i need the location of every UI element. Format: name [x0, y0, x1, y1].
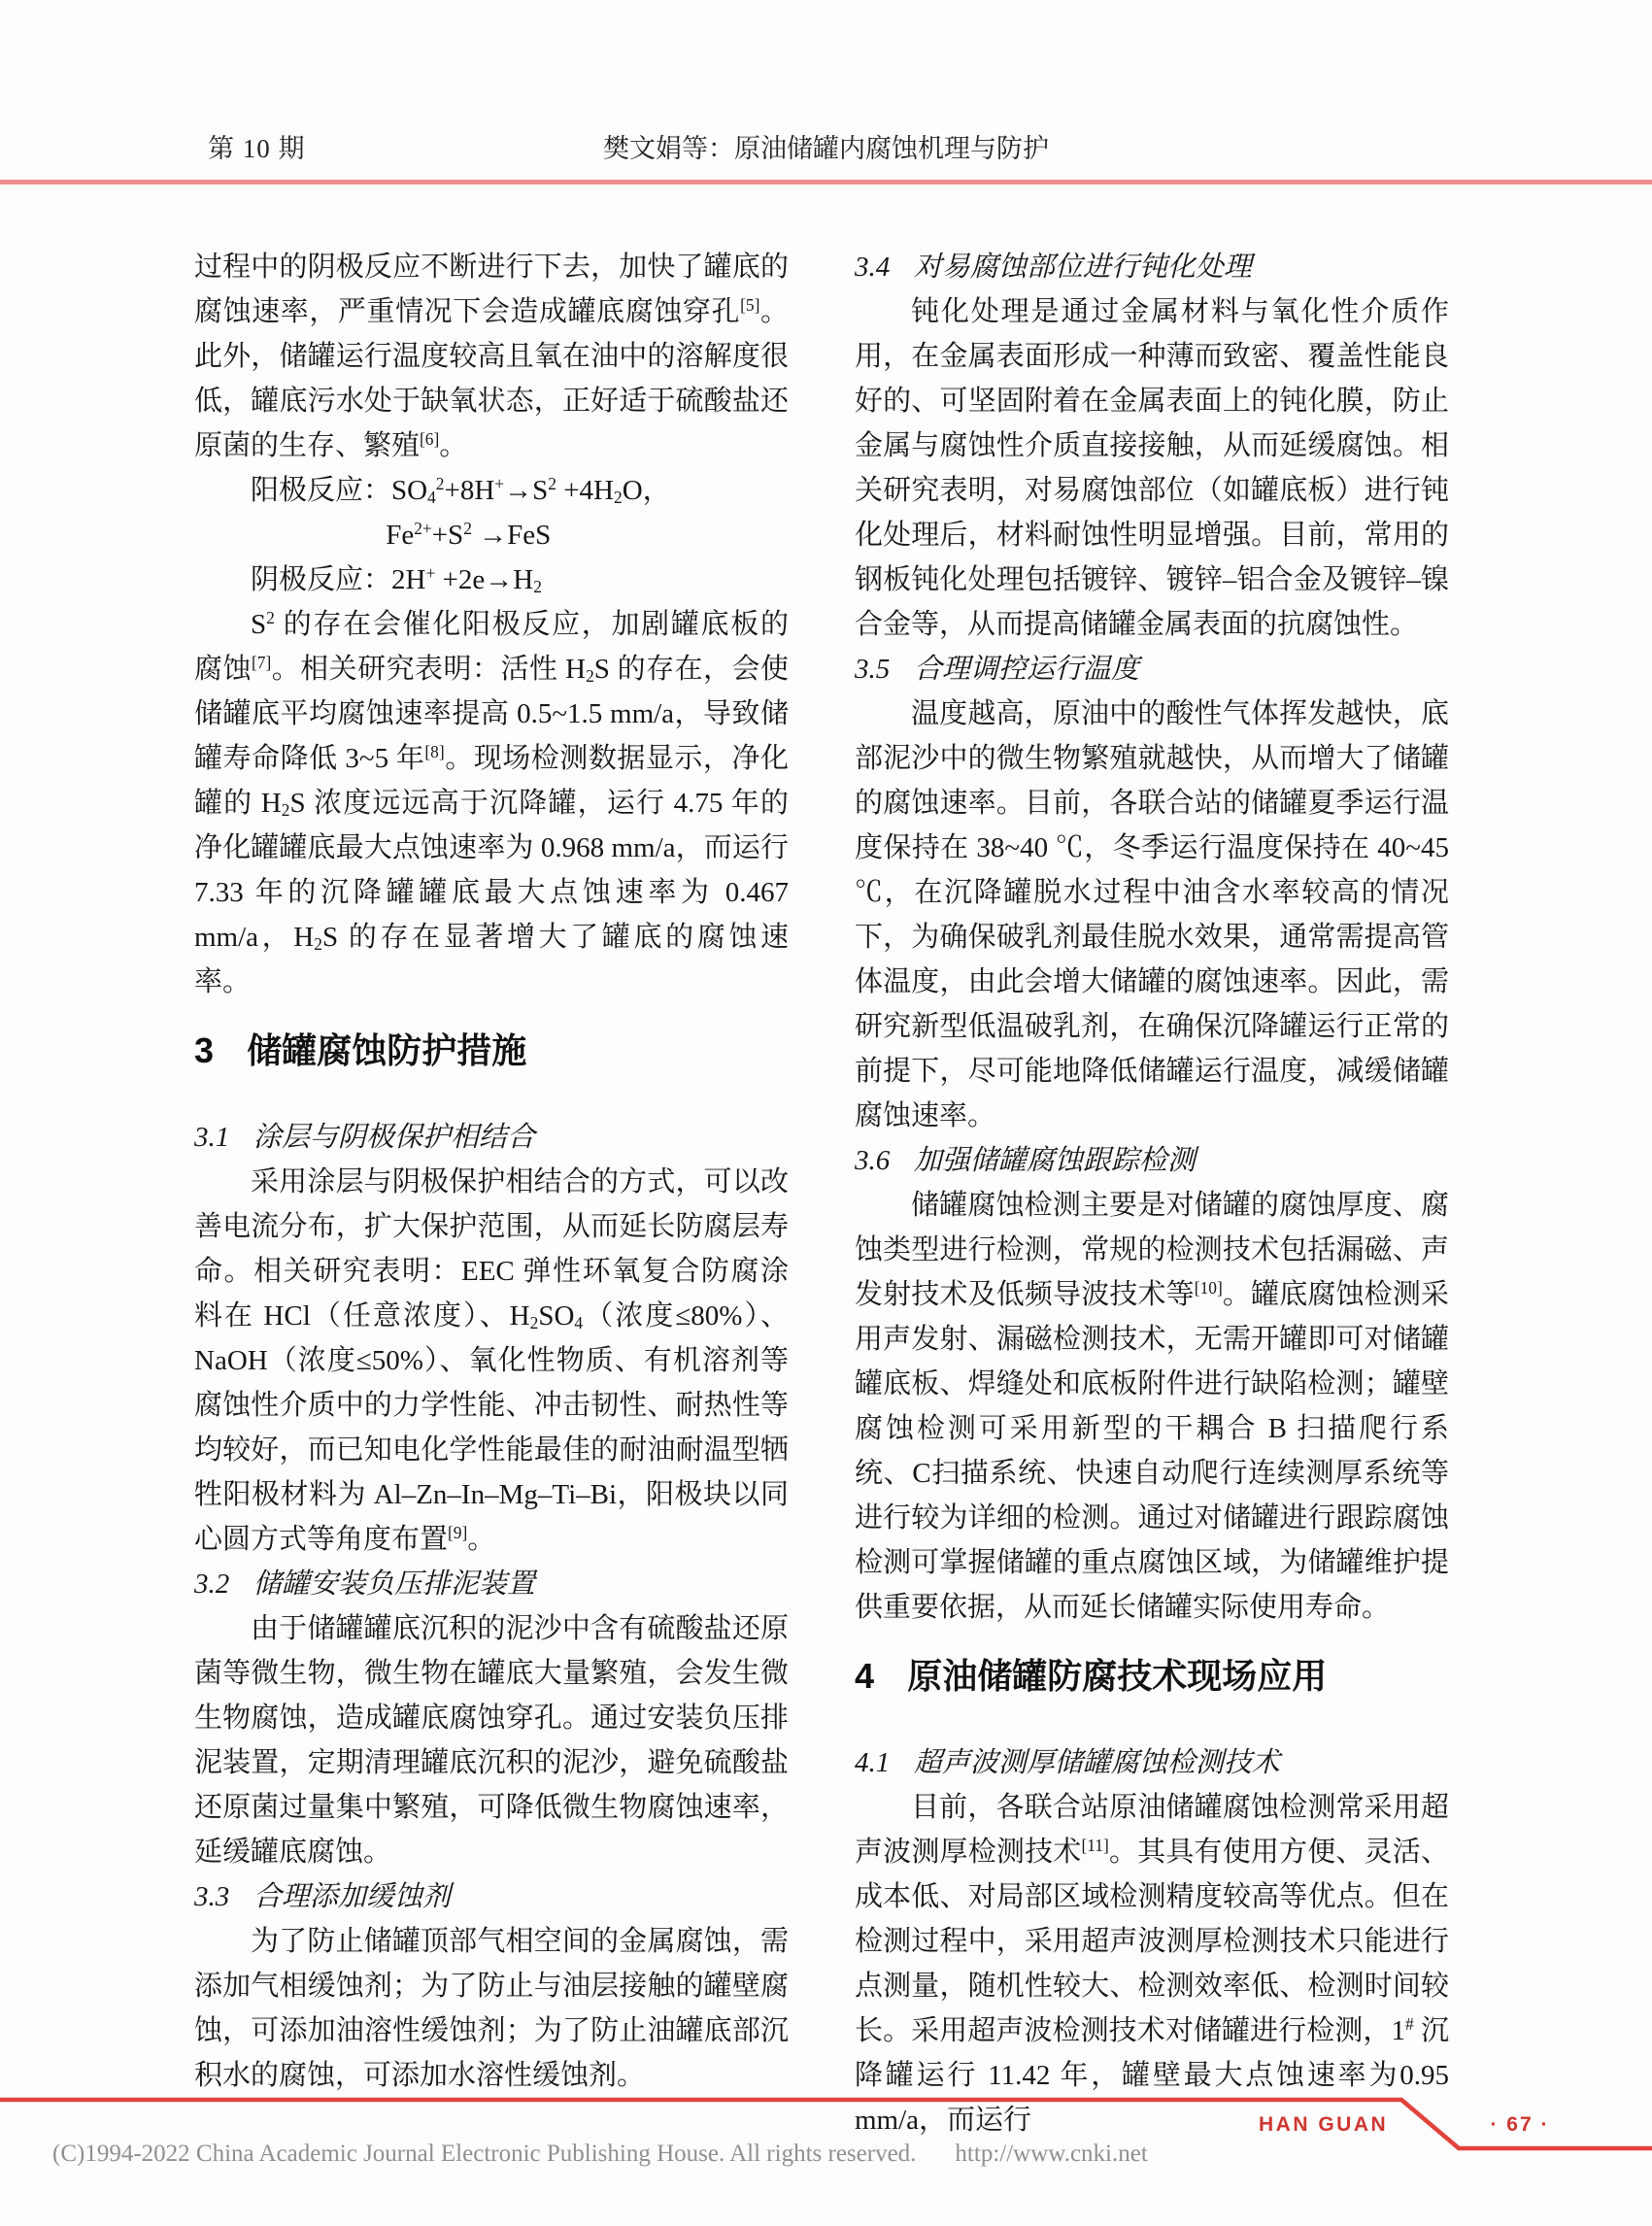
paragraph-intro: 过程中的阴极反应不断进行下去，加快了罐底的腐蚀速率，严重情况下会造成罐底腐蚀穿孔… — [194, 245, 789, 468]
running-title: 樊文娟等：原油储罐内腐蚀机理与防护 — [0, 127, 1652, 165]
formula-fes: Fe2++S2 →FeS — [194, 513, 789, 557]
subsection-number: 4.1 — [855, 1747, 890, 1778]
header-rule — [0, 180, 1652, 185]
section-number: 3 — [194, 1030, 214, 1070]
formula-anode-reaction: 阳极反应：SO42+8H+→S2 +4H2O， — [194, 468, 789, 513]
paragraph-h2s: S2 的存在会催化阳极反应，加剧罐底板的腐蚀[7]。相关研究表明：活性 H2S … — [194, 602, 789, 1004]
subsection-title: 储罐安装负压排泥装置 — [253, 1568, 535, 1600]
section-title: 储罐腐蚀防护措施 — [247, 1030, 526, 1070]
subsection-title: 超声波测厚储罐腐蚀检测技术 — [914, 1747, 1280, 1778]
subsection-heading-3-2: 3.2储罐安装负压排泥装置 — [194, 1562, 789, 1606]
page-number: · 67 · — [1462, 2113, 1578, 2137]
journal-page: 第 10 期 樊文娟等：原油储罐内腐蚀机理与防护 过程中的阴极反应不断进行下去，… — [0, 0, 1652, 2226]
subsection-heading-3-5: 3.5合理调控运行温度 — [855, 647, 1449, 691]
subsection-heading-3-4: 3.4对易腐蚀部位进行钝化处理 — [855, 245, 1449, 289]
paragraph-3-3: 为了防止储罐顶部气相空间的金属腐蚀，需添加气相缓蚀剂；为了防止与油层接触的罐壁腐… — [194, 1919, 789, 2098]
subsection-title: 加强储罐腐蚀跟踪检测 — [914, 1145, 1196, 1176]
formula-cathode-reaction: 阴极反应：2H+ +2e→H2 — [194, 557, 789, 602]
subsection-number: 3.4 — [855, 252, 890, 283]
subsection-title: 对易腐蚀部位进行钝化处理 — [914, 252, 1252, 283]
subsection-title: 合理添加缓蚀剂 — [253, 1881, 451, 1912]
paragraph-3-4: 钝化处理是通过金属材料与氧化性介质作用，在金属表面形成一种薄而致密、覆盖性能良好… — [855, 289, 1449, 647]
subsection-title: 涂层与阴极保护相结合 — [253, 1122, 535, 1153]
subsection-number: 3.5 — [855, 654, 890, 685]
section-heading-3: 3储罐腐蚀防护措施 — [194, 1028, 789, 1074]
copyright-line: (C)1994-2022 China Academic Journal Elec… — [52, 2141, 1148, 2168]
copyright-text: (C)1994-2022 China Academic Journal Elec… — [52, 2141, 916, 2167]
left-column: 过程中的阴极反应不断进行下去，加快了罐底的腐蚀速率，严重情况下会造成罐底腐蚀穿孔… — [194, 245, 789, 2098]
subsection-number: 3.2 — [194, 1568, 229, 1600]
subsection-heading-3-6: 3.6加强储罐腐蚀跟踪检测 — [855, 1138, 1449, 1183]
subsection-heading-4-1: 4.1超声波测厚储罐腐蚀检测技术 — [855, 1740, 1449, 1785]
section-heading-4: 4原油储罐防腐技术现场应用 — [855, 1653, 1449, 1700]
subsection-heading-3-3: 3.3合理添加缓蚀剂 — [194, 1874, 789, 1919]
subsection-title: 合理调控运行温度 — [914, 654, 1139, 685]
section-title: 原油储罐防腐技术现场应用 — [907, 1656, 1327, 1696]
paragraph-3-5: 温度越高，原油中的酸性气体挥发越快，底部泥沙中的微生物繁殖就越快，从而增大了储罐… — [855, 691, 1449, 1138]
subsection-number: 3.1 — [194, 1122, 229, 1153]
subsection-heading-3-1: 3.1涂层与阴极保护相结合 — [194, 1115, 789, 1160]
cnki-url: http://www.cnki.net — [955, 2141, 1147, 2167]
paragraph-3-2: 由于储罐罐底沉积的泥沙中含有硫酸盐还原菌等微生物，微生物在罐底大量繁殖，会发生微… — [194, 1606, 789, 1874]
paragraph-3-6: 储罐腐蚀检测主要是对储罐的腐蚀厚度、腐蚀类型进行检测，常规的检测技术包括漏磁、声… — [855, 1183, 1449, 1630]
paragraph-3-1: 采用涂层与阴极保护相结合的方式，可以改善电流分布，扩大保护范围，从而延长防腐层寿… — [194, 1160, 789, 1562]
subsection-number: 3.6 — [855, 1145, 890, 1176]
journal-brand: HAN GUAN — [1259, 2113, 1388, 2137]
right-column: 3.4对易腐蚀部位进行钝化处理 钝化处理是通过金属材料与氧化性介质作用，在金属表… — [855, 245, 1449, 2142]
subsection-number: 3.3 — [194, 1881, 229, 1912]
section-number: 4 — [855, 1656, 874, 1696]
